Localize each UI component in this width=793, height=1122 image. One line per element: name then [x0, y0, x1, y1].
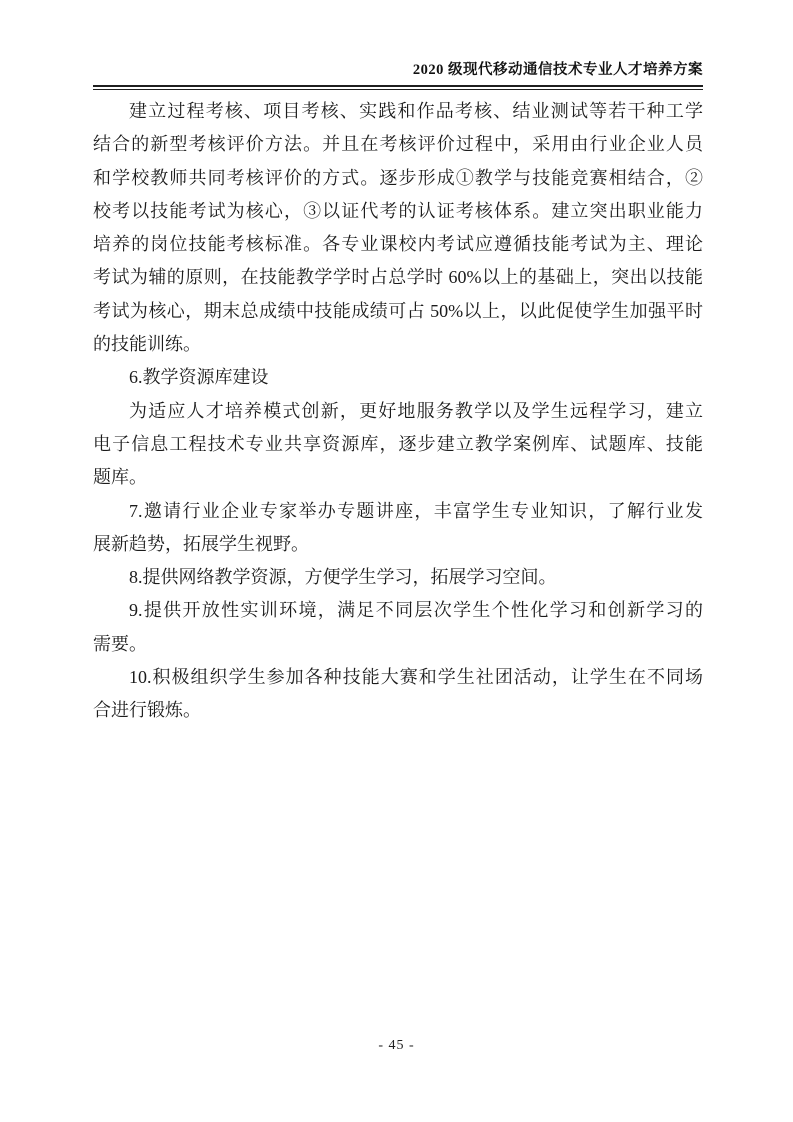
paragraph-line: 结合的新型考核评价方法。并且在考核评价过程中，采用由行业企业人员	[93, 128, 703, 161]
paragraph-line: 需要。	[93, 628, 703, 661]
paragraph-line: 7.邀请行业企业专家举办专题讲座，丰富学生专业知识，了解行业发	[93, 495, 703, 528]
paragraph-line: 电子信息工程技术专业共享资源库，逐步建立教学案例库、试题库、技能	[93, 428, 703, 461]
paragraph-line: 10.积极组织学生参加各种技能大赛和学生社团活动，让学生在不同场	[93, 661, 703, 694]
paragraph-line: 考试为核心，期末总成绩中技能成绩可占 50%以上，以此促使学生加强平时	[93, 295, 703, 328]
paragraph-line: 题库。	[93, 461, 703, 494]
paragraph: 6.教学资源库建设	[93, 361, 703, 394]
header-double-rule	[93, 85, 703, 90]
paragraph: 7.邀请行业企业专家举办专题讲座，丰富学生专业知识，了解行业发 展新趋势，拓展学…	[93, 495, 703, 562]
paragraph-line: 建立过程考核、项目考核、实践和作品考核、结业测试等若干种工学	[93, 95, 703, 128]
document-body: 建立过程考核、项目考核、实践和作品考核、结业测试等若干种工学 结合的新型考核评价…	[93, 95, 703, 728]
paragraph-line: 合进行锻炼。	[93, 694, 703, 727]
paragraph-line: 展新趋势，拓展学生视野。	[93, 528, 703, 561]
paragraph: 为适应人才培养模式创新，更好地服务教学以及学生远程学习，建立 电子信息工程技术专…	[93, 395, 703, 495]
paragraph: 10.积极组织学生参加各种技能大赛和学生社团活动，让学生在不同场 合进行锻炼。	[93, 661, 703, 728]
paragraph-line: 为适应人才培养模式创新，更好地服务教学以及学生远程学习，建立	[93, 395, 703, 428]
paragraph-line: 9.提供开放性实训环境，满足不同层次学生个性化学习和创新学习的	[93, 594, 703, 627]
paragraph-line: 8.提供网络教学资源，方便学生学习，拓展学习空间。	[93, 561, 703, 594]
document-page: 2020 级现代移动通信技术专业人才培养方案 建立过程考核、项目考核、实践和作品…	[0, 0, 793, 1122]
paragraph: 9.提供开放性实训环境，满足不同层次学生个性化学习和创新学习的 需要。	[93, 594, 703, 661]
paragraph: 8.提供网络教学资源，方便学生学习，拓展学习空间。	[93, 561, 703, 594]
paragraph-line: 校考以技能考试为核心，③以证代考的认证考核体系。建立突出职业能力	[93, 195, 703, 228]
paragraph-line: 考试为辅的原则，在技能教学学时占总学时 60%以上的基础上，突出以技能	[93, 261, 703, 294]
paragraph: 建立过程考核、项目考核、实践和作品考核、结业测试等若干种工学 结合的新型考核评价…	[93, 95, 703, 361]
page-number: - 45 -	[0, 1036, 793, 1056]
paragraph-line: 和学校教师共同考核评价的方式。逐步形成①教学与技能竞赛相结合，②	[93, 162, 703, 195]
paragraph-line: 的技能训练。	[93, 328, 703, 361]
header-title: 2020 级现代移动通信技术专业人才培养方案	[93, 60, 703, 80]
paragraph-line: 6.教学资源库建设	[93, 361, 703, 394]
paragraph-line: 培养的岗位技能考核标准。各专业课校内考试应遵循技能考试为主、理论	[93, 228, 703, 261]
